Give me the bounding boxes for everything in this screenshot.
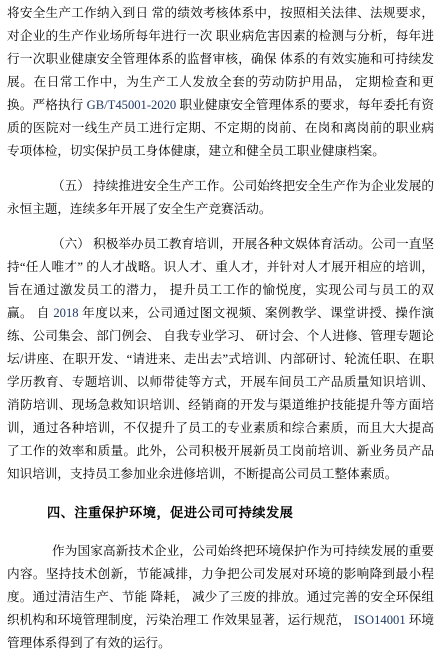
paragraph: 作为国家高新技术企业，公司始终把环境保护作为可持续发展的重要内容。坚持技术创新，… — [7, 540, 434, 655]
document-content: 将安全生产工作纳入到日 常的绩效考核体系中，按照相关法律、法规要求，对企业的生产… — [0, 0, 444, 655]
latin-text-run: ISO14001 — [354, 613, 406, 627]
text-run: （五） 持续推进安全生产工作。公司始终把安全生产作为企业发展的永恒主题，连续多年… — [7, 179, 434, 216]
latin-text-run: 2018 — [53, 306, 78, 320]
paragraph: 将安全生产工作纳入到日 常的绩效考核体系中，按照相关法律、法规要求，对企业的生产… — [7, 2, 434, 163]
paragraph: （五） 持续推进安全生产工作。公司始终把安全生产作为企业发展的永恒主题，连续多年… — [7, 175, 434, 221]
text-run: 四、注重保护环境，促进公司可持续发展 — [47, 505, 293, 520]
text-run: 年度以来，公司通过图文视频、案例教学、课堂讲授、操作演练、公司集会、部门例会、 … — [7, 306, 434, 481]
document-page: 将安全生产工作纳入到日 常的绩效考核体系中，按照相关法律、法规要求，对企业的生产… — [0, 0, 444, 666]
paragraph: （六） 积极举办员工教育培训，开展各种文娱体育活动。公司一直坚持“任人唯才” 的… — [7, 233, 434, 486]
section-heading: 四、注重保护环境，促进公司可持续发展 — [7, 501, 434, 524]
text-run: 将安全生产工作纳入到日 常的绩效考核体系中，按照相关法律、法规要求，对企业的生产… — [7, 6, 434, 112]
latin-text-run: GB/T45001-2020 — [87, 98, 177, 112]
